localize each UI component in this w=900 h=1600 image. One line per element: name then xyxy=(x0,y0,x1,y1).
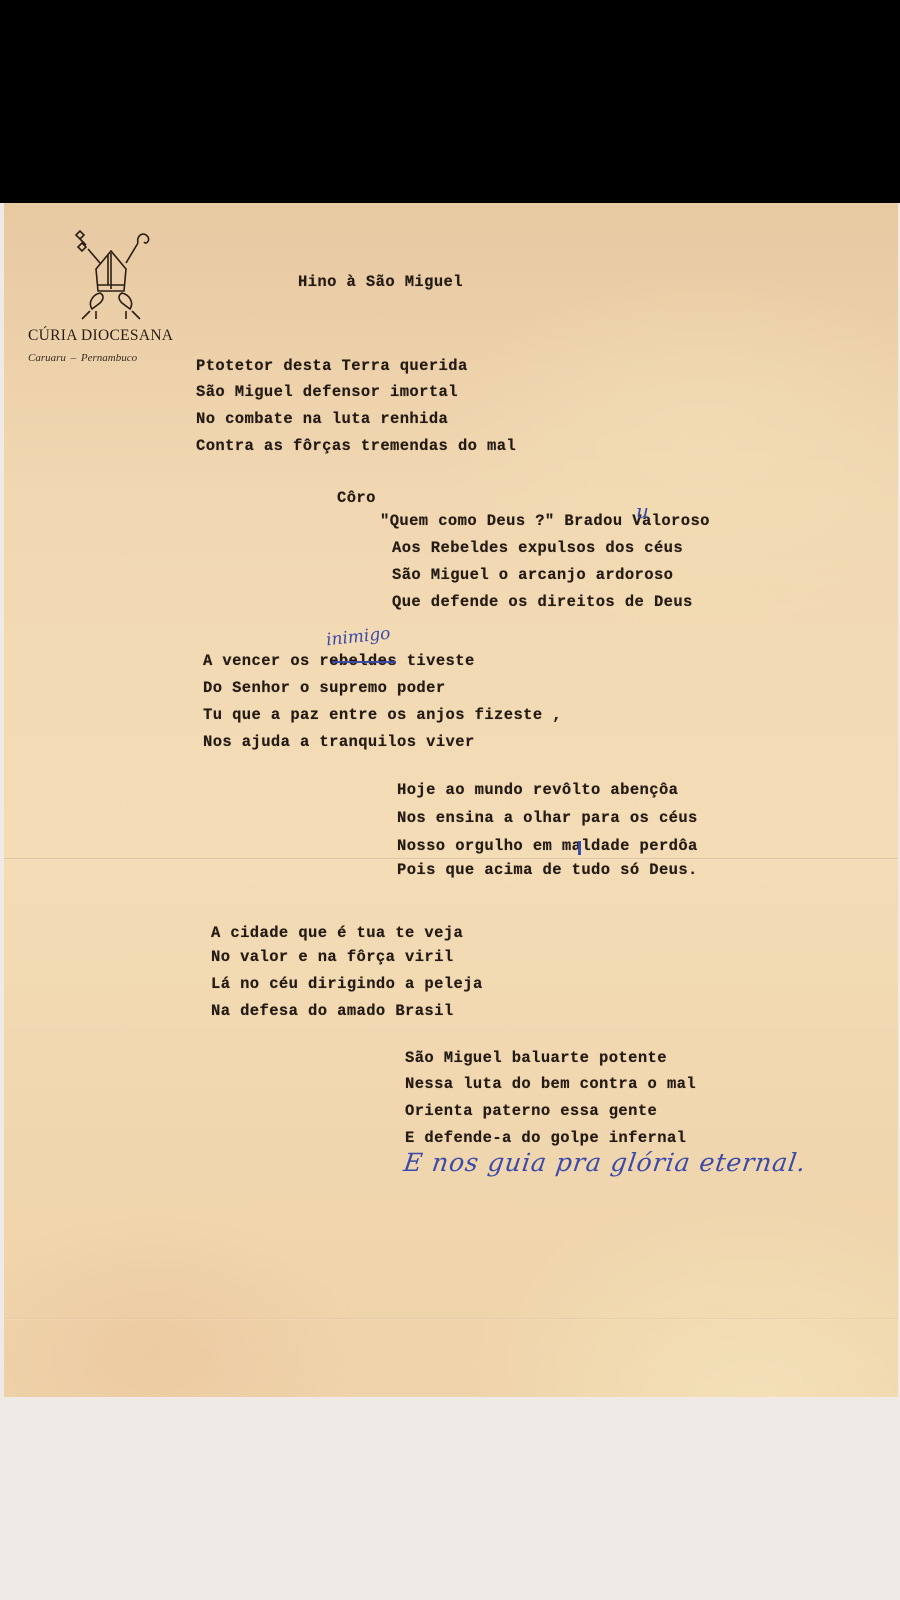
verse-line: São Miguel defensor imortal xyxy=(196,383,458,401)
verse-line: Orienta paterno essa gente xyxy=(405,1102,657,1120)
verse-line: E defende-a do golpe infernal xyxy=(405,1129,686,1147)
verse-line: Ptotetor desta Terra querida xyxy=(196,357,468,375)
verse-line: No combate na luta renhida xyxy=(196,410,448,428)
verse-line: Que defende os direitos de Deus xyxy=(392,593,693,611)
paper-fold-line xyxy=(4,1318,898,1320)
hymn-title: Hino à São Miguel xyxy=(298,273,463,291)
paper-fold-line xyxy=(4,858,898,860)
verse-line: São Miguel baluarte potente xyxy=(405,1049,667,1067)
verse-line: Hoje ao mundo revôlto abençôa xyxy=(397,781,678,799)
verse-line: Tu que a paz entre os anjos fizeste , xyxy=(203,706,562,724)
verse-line: A cidade que é tua te veja xyxy=(211,924,463,942)
handwritten-correction-inimigo: inimigo xyxy=(325,624,391,651)
diocese-emblem-icon xyxy=(66,229,156,321)
verse-line: Na defesa do amado Brasil xyxy=(211,1002,454,1020)
verse-line: Nos ensina a olhar para os céus xyxy=(397,809,698,827)
verse-line: Pois que acima de tudo só Deus. xyxy=(397,861,698,879)
verse-line: Nos ajuda a tranquilos viver xyxy=(203,733,475,751)
verse-line: Lá no céu dirigindo a peleja xyxy=(211,975,483,993)
verse-line: Nessa luta do bem contra o mal xyxy=(405,1075,696,1093)
chorus-label: Côro xyxy=(337,489,376,507)
scan-bottom-margin xyxy=(0,1397,900,1600)
verse-line: Aos Rebeldes expulsos dos céus xyxy=(392,539,683,557)
verse-line: Nosso orgulho em maldade perdôa xyxy=(397,837,698,855)
verse-line: Contra as fôrças tremendas do mal xyxy=(196,437,516,455)
verse-line: "Quem como Deus ?" Bradou Valoroso xyxy=(380,512,710,530)
institution-name: CÚRIA DIOCESANA xyxy=(28,327,188,345)
handwritten-added-line: E nos guia pra glória eternal. xyxy=(402,1148,808,1177)
letter-page: CÚRIA DIOCESANA Caruaru – Pernambuco Hin… xyxy=(4,203,898,1397)
verse-line: São Miguel o arcanjo ardoroso xyxy=(392,566,673,584)
institution-location: Caruaru – Pernambuco xyxy=(28,352,198,364)
verse-line: No valor e na fôrça viril xyxy=(211,948,454,966)
ink-correction-mark xyxy=(578,841,581,855)
scan-top-black-border xyxy=(0,0,900,203)
handwritten-correction-bradou: u xyxy=(636,499,649,523)
strikethrough-rebeldes xyxy=(332,661,396,663)
verse-line: Do Senhor o supremo poder xyxy=(203,679,446,697)
